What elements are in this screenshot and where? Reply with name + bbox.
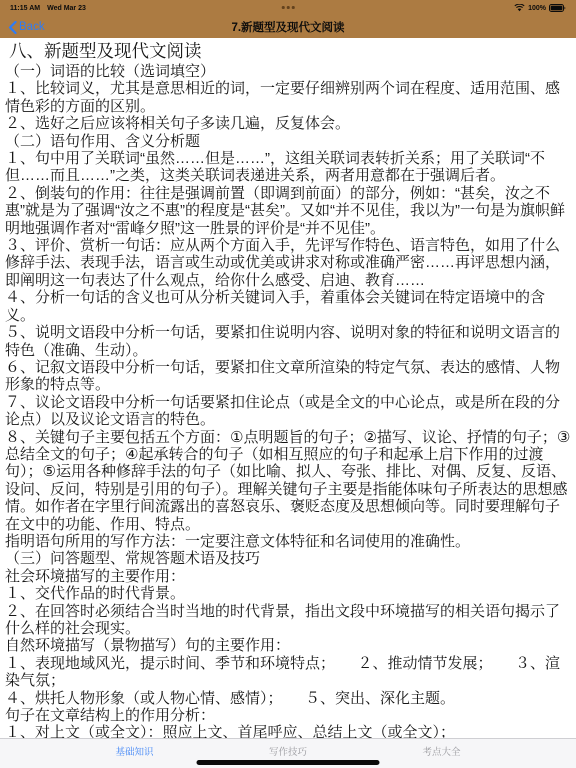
status-time: 11:15 AM <box>10 5 40 12</box>
paragraph: ６、记叙文语段中分析一句话，要紧扣住文章所渲染的特定气氛、表达的感情、人物形象的… <box>5 359 574 394</box>
status-bar: 11:15 AM Wed Mar 23 100% <box>0 0 576 16</box>
status-right: 100% <box>514 4 566 12</box>
content-text: （一）词语的比较（选词填空）１、比较词义，尤其是意思相近的词，一定要仔细辨别两个… <box>5 63 574 738</box>
home-indicator[interactable] <box>197 760 380 765</box>
back-button[interactable]: Back <box>8 16 45 38</box>
wifi-icon <box>514 4 525 12</box>
paragraph: １、表现地域风光，提示时间、季节和环境特点； ２、推动情节发展； ３、渲染气氛； <box>5 655 574 690</box>
paragraph: 社会环境描写的主要作用： <box>5 568 574 585</box>
paragraph: ３、评价、赏析一句话：应从两个方面入手，先评写作特色、语言特色，如用了什么修辞手… <box>5 237 574 289</box>
paragraph: １、比较词义，尤其是意思相近的词，一定要仔细辨别两个词在程度、适用范围、感情色彩… <box>5 80 574 115</box>
paragraph: ２、选好之后应该将相关句子多读几遍，反复体会。 <box>5 115 574 132</box>
paragraph: （三）问答题型、常规答题术语及技巧 <box>5 550 574 567</box>
paragraph: １、对上文（或全文）：照应上文、首尾呼应、总结上文（或全文）； <box>5 724 574 738</box>
paragraph: ２、倒装句的作用：往往是强调前置（即调到前面）的部分，例如：“甚矣，汝之不惠”就… <box>5 185 574 237</box>
tab-bar: 基础知识写作技巧考点大全 <box>0 738 576 768</box>
multitask-dots-icon[interactable] <box>282 6 295 9</box>
document-content[interactable]: 八、新题型及现代文阅读 （一）词语的比较（选词填空）１、比较词义，尤其是意思相近… <box>0 38 576 738</box>
page-title: 7.新题型及现代文阅读 <box>0 16 576 38</box>
chevron-left-icon <box>8 21 17 34</box>
paragraph: １、句中用了关联词“虽然……但是……”，这组关联词表转折关系；用了关联词“不但…… <box>5 150 574 185</box>
paragraph: ５、说明文语段中分析一句话，要紧扣住说明内容、说明对象的特征和说明文语言的特色（… <box>5 324 574 359</box>
paragraph: ４、分析一句话的含义也可从分析关键词入手，着重体会关键词在特定语境中的含义。 <box>5 289 574 324</box>
paragraph: ４、烘托人物形象（或人物心情、感情）； ５、突出、深化主题。 <box>5 690 574 707</box>
back-button-label: Back <box>19 21 45 33</box>
paragraph: １、交代作品的时代背景。 <box>5 585 574 602</box>
status-left: 11:15 AM Wed Mar 23 <box>10 5 86 12</box>
tab-basic-knowledge[interactable]: 基础知识 <box>115 744 153 758</box>
battery-icon <box>549 4 566 12</box>
app-screen: 11:15 AM Wed Mar 23 100% <box>0 0 576 768</box>
battery-percent: 100% <box>528 5 546 12</box>
header: 11:15 AM Wed Mar 23 100% <box>0 0 576 38</box>
status-date: Wed Mar 23 <box>47 5 86 12</box>
nav-bar: Back 7.新题型及现代文阅读 <box>0 16 576 38</box>
paragraph: ２、在回答时必须结合当时当地的时代背景，指出文段中环境描写的相关语句揭示了什么样… <box>5 603 574 638</box>
paragraph: 句子在文章结构上的作用分析： <box>5 707 574 724</box>
paragraph: ８、关键句子主要包括五个方面：①点明题旨的句子；②描写、议论、抒情的句子；③总结… <box>5 429 574 533</box>
paragraph: 自然环境描写（景物描写）句的主要作用： <box>5 637 574 654</box>
document-heading: 八、新题型及现代文阅读 <box>5 39 574 63</box>
tab-writing-skills[interactable]: 写作技巧 <box>269 744 307 758</box>
tab-bar-items: 基础知识写作技巧考点大全 <box>0 739 576 758</box>
paragraph: 指明语句所用的写作方法：一定要注意文体特征和名词使用的准确性。 <box>5 533 574 550</box>
paragraph: （一）词语的比较（选词填空） <box>5 63 574 80</box>
tab-exam-points[interactable]: 考点大全 <box>422 744 460 758</box>
paragraph: ７、议论文语段中分析一句话要紧扣住论点（或是全文的中心论点，或是所在段的分论点）… <box>5 394 574 429</box>
paragraph: （二）语句作用、含义分析题 <box>5 133 574 150</box>
